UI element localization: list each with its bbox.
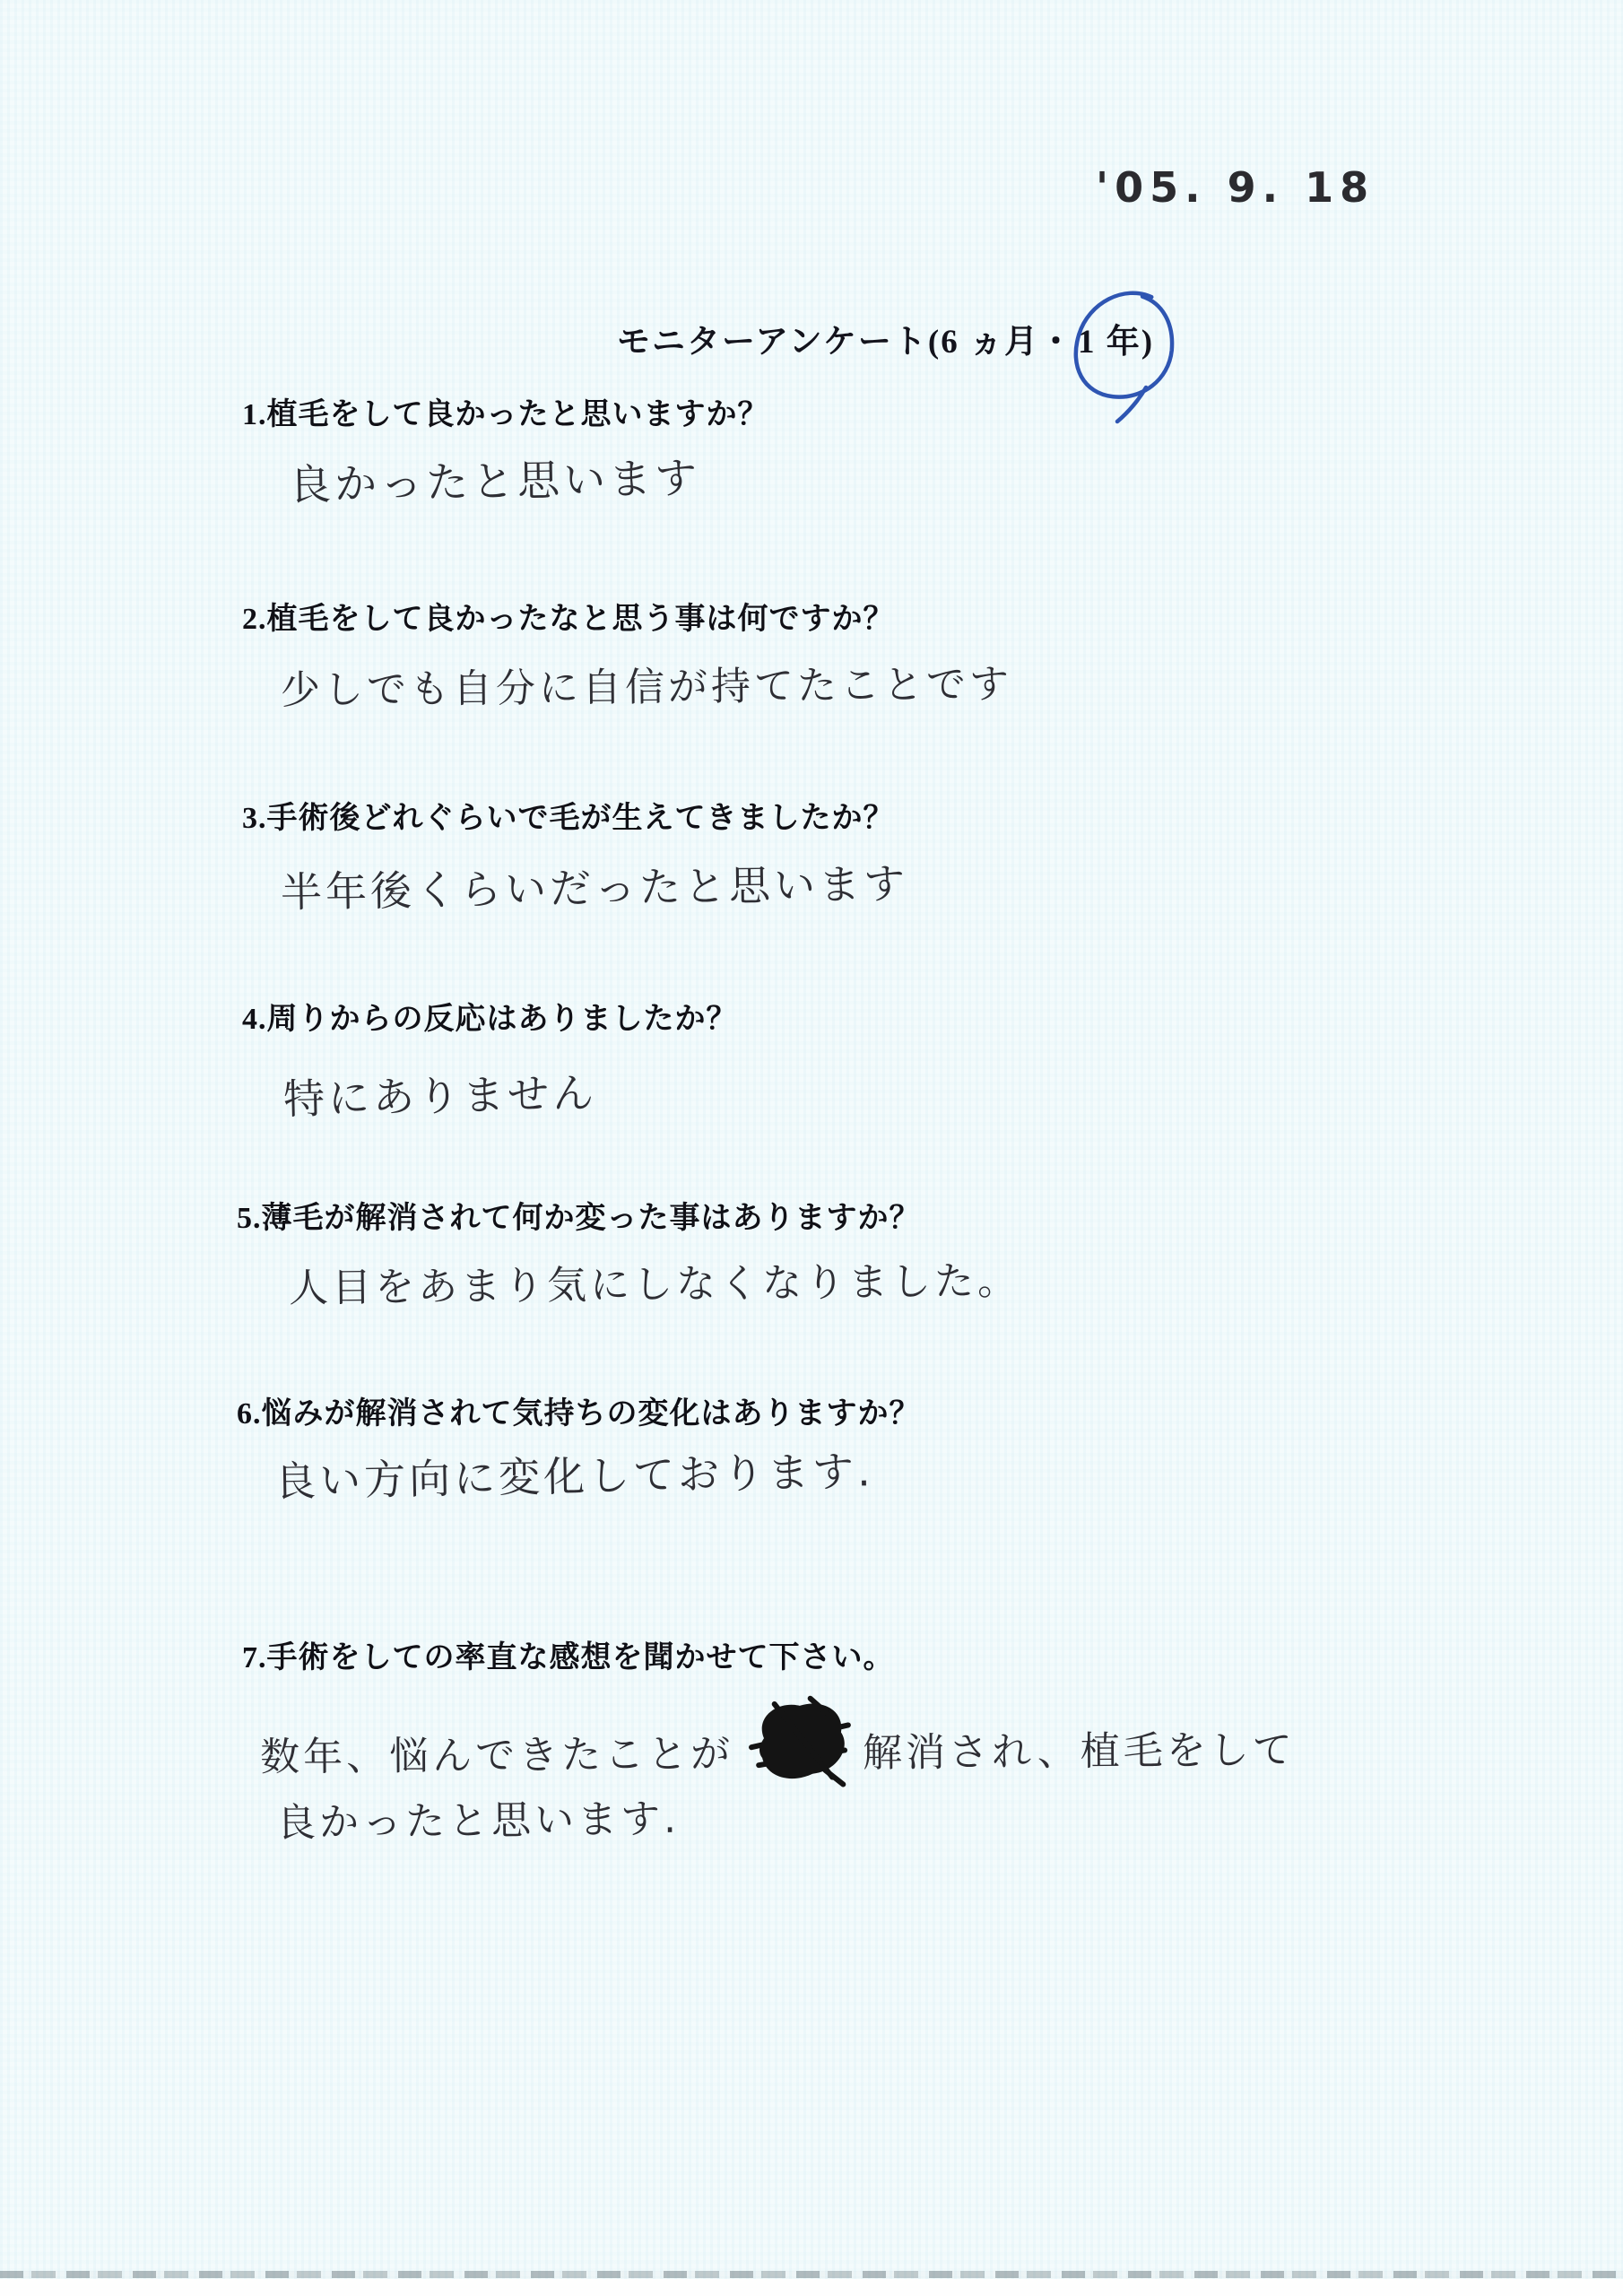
- scan-edge-artifact: [0, 2271, 1623, 2278]
- title-separator-dot: ・: [1039, 324, 1074, 361]
- answer-7-line1: 数年、悩んできたことが 解消され、植毛をして: [260, 1692, 1296, 1794]
- circled-answer-period: 1 年): [1074, 314, 1158, 362]
- question-3-label: 3.手術後どれぐらいで毛が生えてきましたか？: [242, 793, 895, 837]
- scan-bottom-margin: [0, 2279, 1623, 2296]
- question-2-label: 2.植毛をして良かったなと思う事は何ですか？: [242, 594, 895, 638]
- title-circled-text: 1 年): [1078, 324, 1154, 361]
- answer-7-line1-post: 解消され、植毛をして: [863, 1727, 1296, 1776]
- answer-2-handwritten: 少しでも自分に自信が持てたことです: [281, 651, 1013, 715]
- answer-6-handwritten: 良い方向に変化しております.: [273, 1439, 874, 1509]
- answer-7-line2: 良かったと思います.: [276, 1787, 681, 1848]
- question-1-label: 1.植毛をして良かったと思いますか？: [242, 389, 769, 433]
- answer-4-handwritten: 特にありません: [282, 1060, 597, 1126]
- answer-3-handwritten: 半年後くらいだったと思います: [281, 851, 909, 919]
- answer-1-handwritten: 良かったと思います: [288, 445, 700, 512]
- date-stamp: '05. 9. 18: [1096, 163, 1375, 212]
- redaction-scribble: [739, 1694, 858, 1790]
- question-6-label: 6.悩みが解消されて気持ちの変化はありますか？: [237, 1388, 921, 1432]
- answer-5-handwritten: 人目をあまり気にしなくなりました。: [289, 1248, 1021, 1314]
- answer-7-line1-pre: 数年、悩んできたことが: [260, 1731, 733, 1780]
- survey-title: モニターアンケート(6 ヵ月・ 1 年): [617, 314, 1158, 362]
- question-4-label: 4.周りからの反応はありましたか？: [242, 994, 738, 1038]
- question-7-label: 7.手術をしての率直な感想を聞かせて下さい。: [242, 1632, 895, 1676]
- question-5-label: 5.薄毛が解消されて何か変った事はありますか？: [237, 1193, 921, 1237]
- scanned-survey-page: '05. 9. 18 モニターアンケート(6 ヵ月・ 1 年) 1.植毛をして良…: [0, 0, 1623, 2296]
- survey-title-prefix: モニターアンケート(6 ヵ月: [617, 324, 1039, 361]
